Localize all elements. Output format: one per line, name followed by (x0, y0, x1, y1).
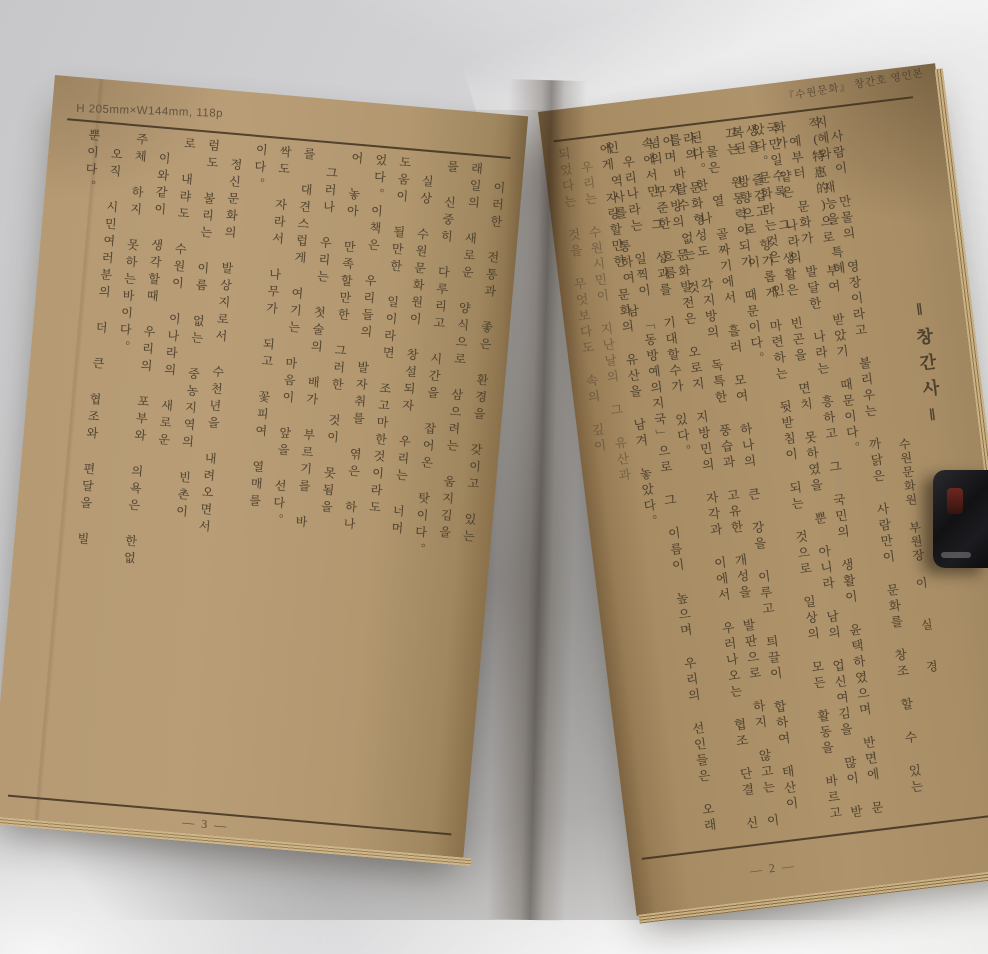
left-page: H 205mm×W144mm, 118p 이러한 전통과 좋은 환경을 갖이고 … (0, 75, 528, 859)
photo-scene: H 205mm×W144mm, 118p 이러한 전통과 좋은 환경을 갖이고 … (0, 0, 988, 954)
left-page-number: — 3 — (182, 815, 229, 834)
right-page-columns: ‖창간사‖ 수원문화원 부원장 이 실 경 사람이 만물의 영장이라고 불리우는… (557, 104, 988, 853)
size-label: H 205mm×W144mm, 118p (76, 103, 223, 120)
right-page-text-block: ‖창간사‖ 수원문화원 부원장 이 실 경 사람이 만물의 영장이라고 불리우는… (554, 96, 988, 860)
left-page-columns: 이러한 전통과 좋은 환경을 갖이고 있는래일의 새로운 양식으로 삼으려는 움… (10, 126, 507, 829)
binder-clip-highlight (941, 552, 971, 558)
right-page-number: — 2 — (749, 858, 796, 878)
binder-clip-glint (947, 488, 963, 514)
left-page-text-block: 이러한 전통과 좋은 환경을 갖이고 있는래일의 새로운 양식으로 삼으려는 움… (8, 118, 511, 835)
binder-clip (933, 470, 988, 568)
